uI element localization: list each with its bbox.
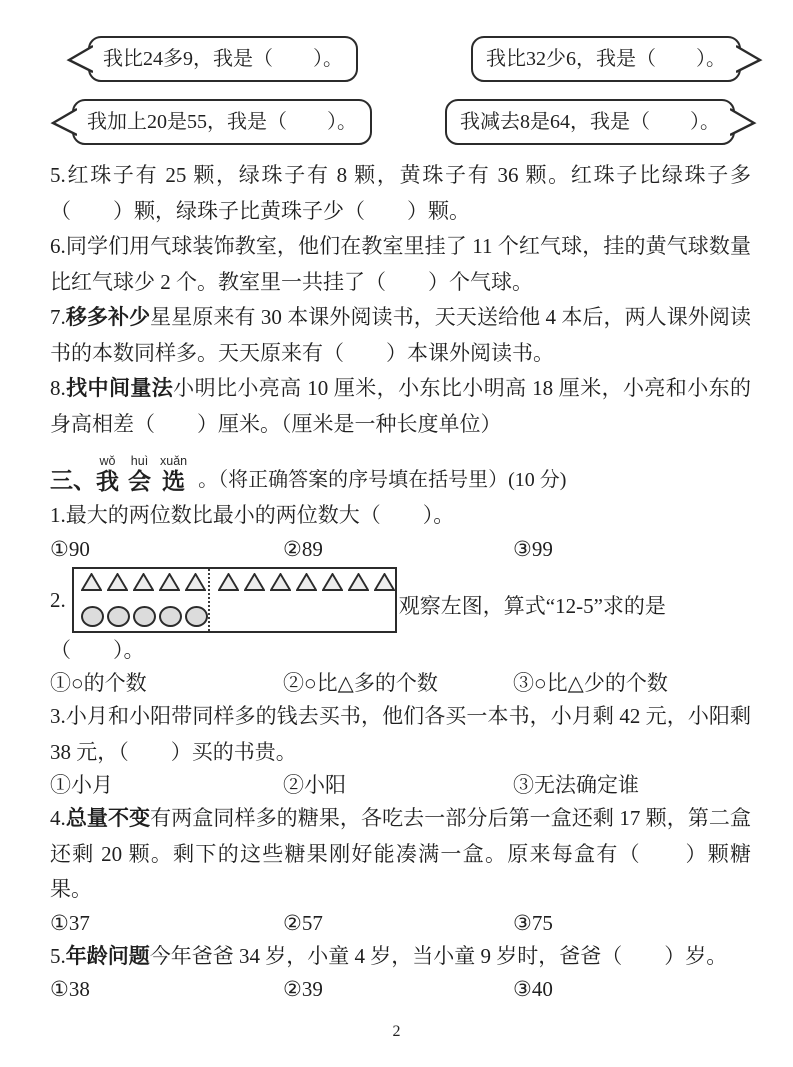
section-title-char: wǒ 我 [96, 455, 119, 494]
bubble-tail-right-icon [736, 44, 763, 74]
question-number: 5. [50, 944, 66, 968]
bubble-text: 我减去8是64，我是（ ）。 [460, 111, 720, 133]
choice-question-2-options: ①○的个数 ②○比△多的个数 ③○比△少的个数 [50, 668, 751, 699]
option-3: ③○比△少的个数 [513, 668, 751, 699]
question-text: 小月和小阳带同样多的钱去买书，他们各买一本书，小月剩 42 元，小阳剩 38 元… [50, 704, 751, 764]
option-2: ②○比△多的个数 [283, 668, 513, 699]
circle-icon [133, 606, 156, 627]
triangle-icon [322, 573, 343, 591]
choice-question-3: 3.小月和小阳带同样多的钱去买书，他们各买一本书，小月剩 42 元，小阳剩 38… [50, 699, 751, 770]
question-number: 7. [50, 305, 66, 329]
option-3: ③40 [513, 974, 751, 1005]
question-text: 观察左图，算式“12-5”求的是 [399, 592, 666, 620]
choice-question-4: 4.总量不变有两盒同样多的糖果，各吃去一部分后第一盒还剩 17 颗，第二盒还剩 … [50, 801, 751, 908]
option-1: ①37 [50, 908, 283, 939]
question-number: 3. [50, 704, 66, 728]
triangle-icon [374, 573, 395, 591]
method-label: 总量不变 [66, 807, 150, 830]
question-text: 今年爸爸 34 岁，小童 4 岁，当小童 9 岁时，爸爸（ ）岁。 [150, 944, 728, 968]
section-title-char: huì 会 [128, 455, 151, 494]
bubble-text: 我加上20是55，我是（ ）。 [87, 111, 357, 133]
choice-question-4-options: ①37 ②57 ③75 [50, 908, 751, 939]
option-1: ①38 [50, 974, 283, 1005]
option-3: ③99 [513, 534, 751, 565]
question-text: 星星原来有 30 本课外阅读书，天天送给他 4 本后，两人课外阅读书的本数同样多… [50, 305, 751, 365]
triangle-icon [159, 573, 180, 591]
bubble-row-1: 我比24多9，我是（ ）。 我比32少6，我是（ ）。 [88, 36, 741, 82]
diagram-triangles-right [218, 573, 395, 591]
method-label: 找中间量法 [66, 377, 173, 400]
option-2: ②89 [283, 534, 513, 565]
triangle-icon [185, 573, 206, 591]
bubble-tail-left-icon [50, 107, 77, 137]
worksheet-page: 我比24多9，我是（ ）。 我比32少6，我是（ ）。 我加上20是55，我是（… [0, 0, 793, 1067]
pinyin-label: huì [131, 455, 148, 468]
option-2: ②57 [283, 908, 513, 939]
diagram-left-section [74, 569, 210, 631]
page-number: 2 [0, 1023, 793, 1041]
section-header: 三、 wǒ 我 huì 会 xuǎn 选 。（将正确答案的序号填在括号里）(10… [50, 450, 751, 494]
question-number: 5. [50, 163, 66, 187]
bubble-row-2: 我加上20是55，我是（ ）。 我减去8是64，我是（ ）。 [72, 99, 735, 145]
speech-bubble-4: 我减去8是64，我是（ ）。 [445, 99, 735, 145]
method-label: 移多补少 [66, 306, 150, 329]
question-number: 4. [50, 806, 66, 830]
circle-icon [159, 606, 182, 627]
section-instructions: 。（将正确答案的序号填在括号里）(10 分) [198, 467, 566, 494]
bubble-tail-left-icon [66, 44, 93, 74]
title-char: 会 [128, 468, 151, 494]
triangle-icon [296, 573, 317, 591]
triangle-icon [218, 573, 239, 591]
diagram-right-section [210, 569, 395, 631]
circle-icon [185, 606, 208, 627]
triangle-icon [348, 573, 369, 591]
option-1: ①小月 [50, 770, 283, 801]
section-title-char: xuǎn 选 [160, 455, 187, 494]
question-number: 8. [50, 376, 66, 400]
choice-question-2: 2. 观察左图，算式“12-5”求的是 [50, 567, 751, 633]
option-3: ③75 [513, 908, 751, 939]
title-char: 选 [162, 468, 185, 494]
bubble-text: 我比24多9，我是（ ）。 [103, 48, 343, 70]
question-text: 红珠子有 25 颗，绿珠子有 8 颗，黄珠子有 36 颗。红珠子比绿珠子多（ ）… [50, 163, 751, 223]
section-prefix: 三、 [50, 466, 96, 494]
option-1: ①90 [50, 534, 283, 565]
pinyin-label: xuǎn [160, 455, 187, 468]
triangle-icon [81, 573, 102, 591]
choice-question-5-options: ①38 ②39 ③40 [50, 974, 751, 1005]
triangle-icon [244, 573, 265, 591]
option-1: ①○的个数 [50, 668, 283, 699]
triangle-icon [270, 573, 291, 591]
bubble-tail-right-icon [730, 107, 757, 137]
shape-diagram [72, 567, 397, 633]
pinyin-label: wǒ [100, 455, 116, 468]
fill-question-7: 7.移多补少星星原来有 30 本课外阅读书，天天送给他 4 本后，两人课外阅读书… [50, 300, 751, 371]
speech-bubble-3: 我加上20是55，我是（ ）。 [72, 99, 372, 145]
speech-bubble-1: 我比24多9，我是（ ）。 [88, 36, 358, 82]
option-3: ③无法确定谁 [513, 770, 751, 801]
diagram-circles [81, 606, 208, 627]
option-2: ②39 [283, 974, 513, 1005]
fill-question-5: 5.红珠子有 25 颗，绿珠子有 8 颗，黄珠子有 36 颗。红珠子比绿珠子多（… [50, 158, 751, 229]
circle-icon [107, 606, 130, 627]
circle-icon [81, 606, 104, 627]
question-text: 最大的两位数比最小的两位数大（ ）。 [66, 503, 455, 527]
speech-bubble-2: 我比32少6，我是（ ）。 [471, 36, 741, 82]
triangle-icon [107, 573, 128, 591]
choice-question-3-options: ①小月 ②小阳 ③无法确定谁 [50, 770, 751, 801]
choice-question-5: 5.年龄问题今年爸爸 34 岁，小童 4 岁，当小童 9 岁时，爸爸（ ）岁。 [50, 939, 751, 975]
diagram-triangles-left [81, 573, 208, 591]
title-char: 我 [96, 468, 119, 494]
fill-question-6: 6.同学们用气球装饰教室，他们在教室里挂了 11 个红气球，挂的黄气球数量比红气… [50, 229, 751, 300]
triangle-icon [133, 573, 154, 591]
option-2: ②小阳 [283, 770, 513, 801]
fill-question-8: 8.找中间量法小明比小亮高 10 厘米，小东比小明高 18 厘米，小亮和小东的身… [50, 371, 751, 442]
question-text: 有两盒同样多的糖果，各吃去一部分后第一盒还剩 17 颗，第二盒还剩 20 颗。剩… [50, 806, 751, 901]
bubble-text: 我比32少6，我是（ ）。 [486, 48, 726, 70]
method-label: 年龄问题 [66, 945, 150, 968]
question-number: 6. [50, 234, 66, 258]
choice-question-1: 1.最大的两位数比最小的两位数大（ ）。 [50, 498, 751, 534]
question-number: 1. [50, 503, 66, 527]
choice-question-2-blank: （ ）。 [50, 633, 751, 669]
question-number: 2. [50, 583, 66, 619]
choice-question-1-options: ①90 ②89 ③99 [50, 534, 751, 565]
question-text: 同学们用气球装饰教室，他们在教室里挂了 11 个红气球，挂的黄气球数量比红气球少… [50, 234, 751, 294]
